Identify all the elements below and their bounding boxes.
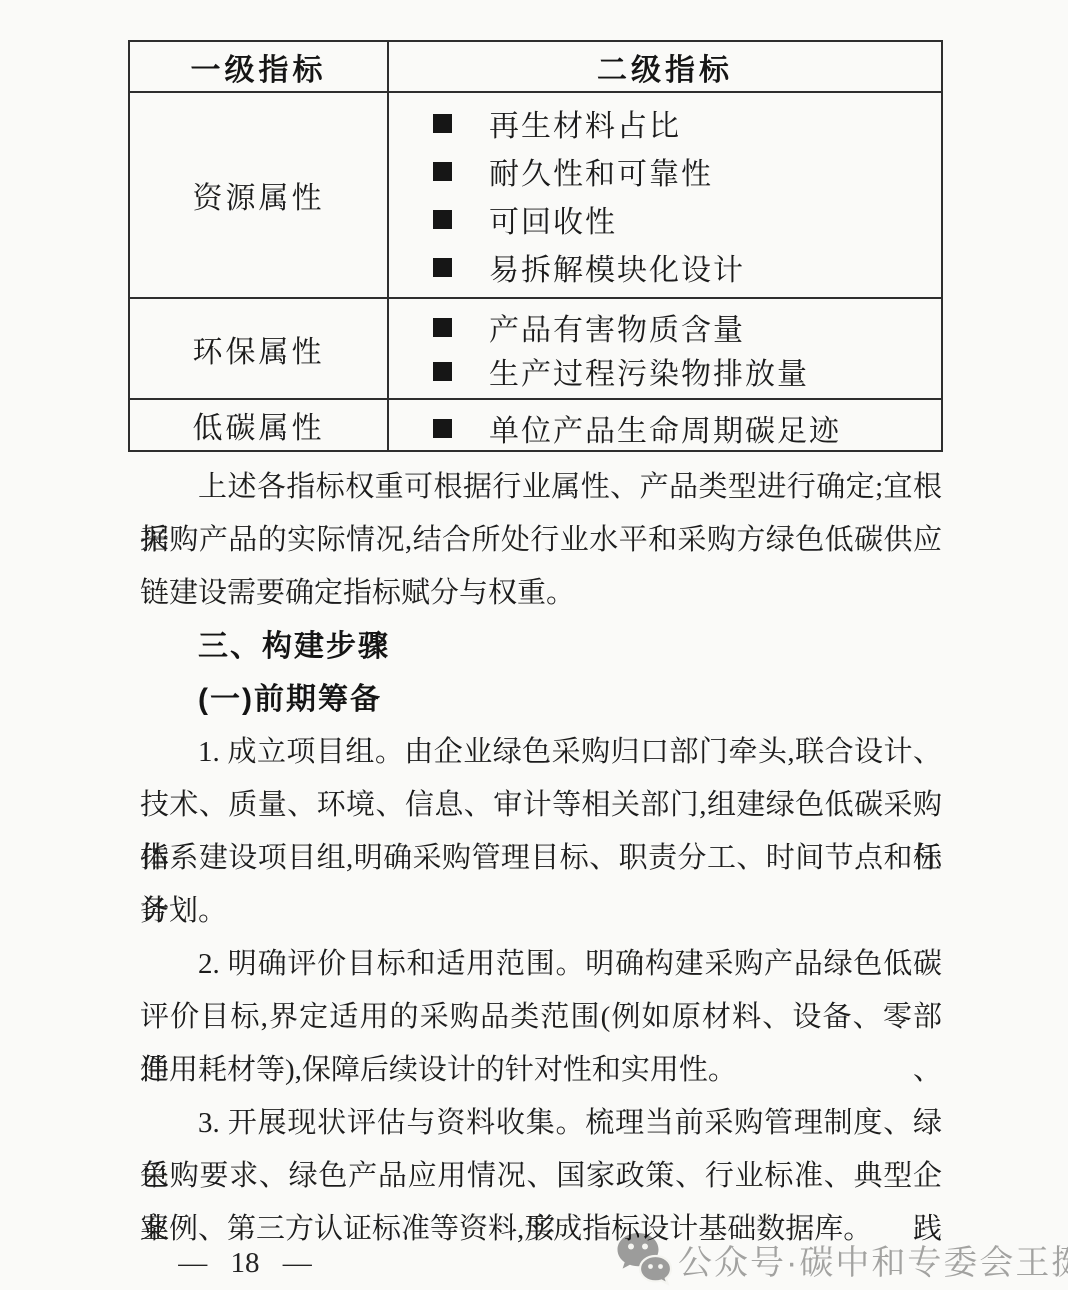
list-item-label: 可回收性 [489, 197, 617, 241]
list-item-label: 易拆解模块化设计 [489, 245, 745, 289]
list-item: 产品有害物质含量 [433, 305, 941, 349]
table-header-row: 一级指标 二级指标 [129, 41, 942, 92]
list-item: 易拆解模块化设计 [433, 245, 941, 289]
list-item-label: 再生材料占比 [489, 101, 681, 145]
list-item-label: 产品有害物质含量 [489, 305, 745, 349]
watermark-text: 公众号·碳中和专委会王挺 [678, 1235, 1068, 1284]
row-label-environment: 环保属性 [129, 298, 388, 399]
list-item-label: 生产过程污染物排放量 [489, 349, 809, 393]
table-header-level2: 二级指标 [388, 41, 942, 92]
wechat-icon [616, 1230, 672, 1288]
paragraph-line: 采购产品的实际情况,结合所处行业水平和采购方绿色低碳供应 [140, 514, 942, 567]
square-bullet-icon [433, 114, 452, 133]
list-item: 单位产品生命周期碳足迹 [433, 406, 941, 450]
list-item-label: 耐久性和可靠性 [489, 149, 713, 193]
paragraph-line: 计划。 [140, 885, 942, 938]
paragraph-line: 体系建设项目组,明确采购管理目标、职责分工、时间节点和任务 [140, 832, 942, 885]
paragraph-line: 2. 明确评价目标和适用范围。明确构建采购产品绿色低碳 [140, 938, 942, 991]
body-text: 上述各指标权重可根据行业属性、产品类型进行确定;宜根据 采购产品的实际情况,结合… [140, 461, 942, 1256]
paragraph-line: 采购要求、绿色产品应用情况、国家政策、行业标准、典型企业实践 [140, 1150, 942, 1203]
table-row-environment: 环保属性 产品有害物质含量 生产过程污染物排放量 [129, 298, 942, 399]
square-bullet-icon [433, 258, 452, 277]
paragraph-line: 1. 成立项目组。由企业绿色采购归口部门牵头,联合设计、 [140, 726, 942, 779]
row-label-lowcarbon: 低碳属性 [129, 399, 388, 451]
paragraph-line: 3. 开展现状评估与资料收集。梳理当前采购管理制度、绿色 [140, 1097, 942, 1150]
table-header-level1: 一级指标 [129, 41, 388, 92]
sub-heading: (一)前期筹备 [140, 673, 942, 726]
square-bullet-icon [433, 318, 452, 337]
paragraph-line: 上述各指标权重可根据行业属性、产品类型进行确定;宜根据 [140, 461, 942, 514]
list-item: 再生材料占比 [433, 101, 941, 145]
section-heading: 三、构建步骤 [140, 620, 942, 673]
page-number: — 18 — [150, 1247, 340, 1280]
document-page: 一级指标 二级指标 资源属性 再生材料占比 耐久性和可靠性 可回收性 易拆解模块… [0, 0, 1068, 1290]
watermark: 公众号·碳中和专委会王挺 [616, 1230, 1068, 1288]
square-bullet-icon [433, 210, 452, 229]
paragraph-line: 链建设需要确定指标赋分与权重。 [140, 567, 942, 620]
list-item: 可回收性 [433, 197, 941, 241]
list-item: 生产过程污染物排放量 [433, 349, 941, 393]
row-label-resource: 资源属性 [129, 92, 388, 298]
square-bullet-icon [433, 362, 452, 381]
square-bullet-icon [433, 419, 452, 438]
indicator-table: 一级指标 二级指标 资源属性 再生材料占比 耐久性和可靠性 可回收性 易拆解模块… [128, 40, 943, 452]
paragraph-line: 技术、质量、环境、信息、审计等相关部门,组建绿色低碳采购指标 [140, 779, 942, 832]
paragraph-line: 评价目标,界定适用的采购品类范围(例如原材料、设备、零部件、 [140, 991, 942, 1044]
list-item-label: 单位产品生命周期碳足迹 [489, 406, 841, 450]
table-row-resource: 资源属性 再生材料占比 耐久性和可靠性 可回收性 易拆解模块化设计 [129, 92, 942, 298]
table-row-lowcarbon: 低碳属性 单位产品生命周期碳足迹 [129, 399, 942, 451]
square-bullet-icon [433, 162, 452, 181]
list-item: 耐久性和可靠性 [433, 149, 941, 193]
